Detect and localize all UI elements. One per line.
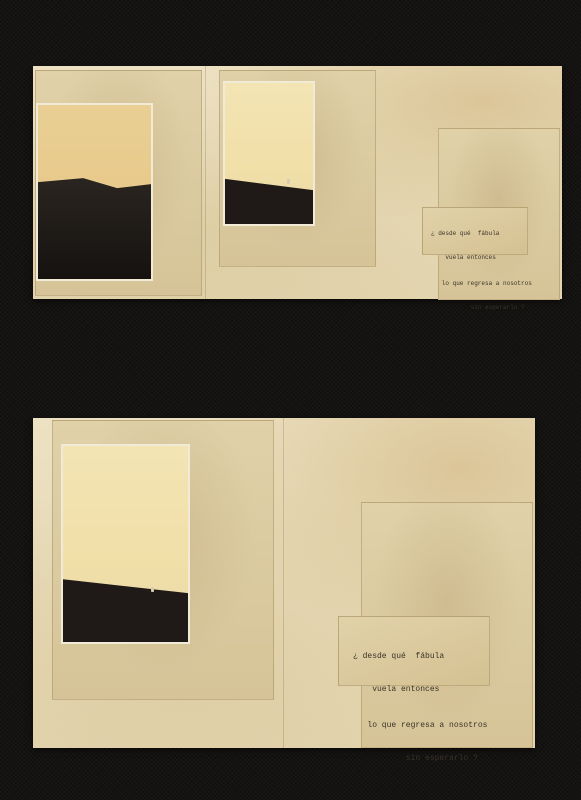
top-spread-fold (205, 66, 206, 299)
note-line-1: ¿ desde qué fábula (431, 230, 527, 238)
note-line-2: vuela entonces (353, 684, 489, 695)
bottom-spread: ¿ desde qué fábula vuela entonces lo que… (33, 418, 535, 748)
note-line-4: sin esperarlo ? (353, 753, 489, 764)
top-photo-figure-hillside (223, 81, 315, 226)
top-photo-road-landscape (36, 103, 153, 281)
note-line-2: vuela entonces (431, 254, 527, 262)
figure-silhouette (287, 179, 290, 184)
bottom-typewritten-note: ¿ desde qué fábula vuela entonces lo que… (338, 616, 490, 686)
note-line-4: sin esperarlo ? (431, 304, 527, 312)
note-line-3: lo que regresa a nosotros (431, 280, 527, 288)
figure-silhouette (151, 587, 154, 592)
top-typewritten-note: ¿ desde qué fábula vuela entonces lo que… (422, 207, 528, 255)
bottom-spread-fold (283, 418, 284, 748)
note-line-1: ¿ desde qué fábula (353, 651, 489, 662)
bottom-photo-figure-hillside (61, 444, 190, 644)
note-line-3: lo que regresa a nosotros (353, 720, 489, 731)
top-spread: ¿ desde qué fábula vuela entonces lo que… (33, 66, 562, 299)
